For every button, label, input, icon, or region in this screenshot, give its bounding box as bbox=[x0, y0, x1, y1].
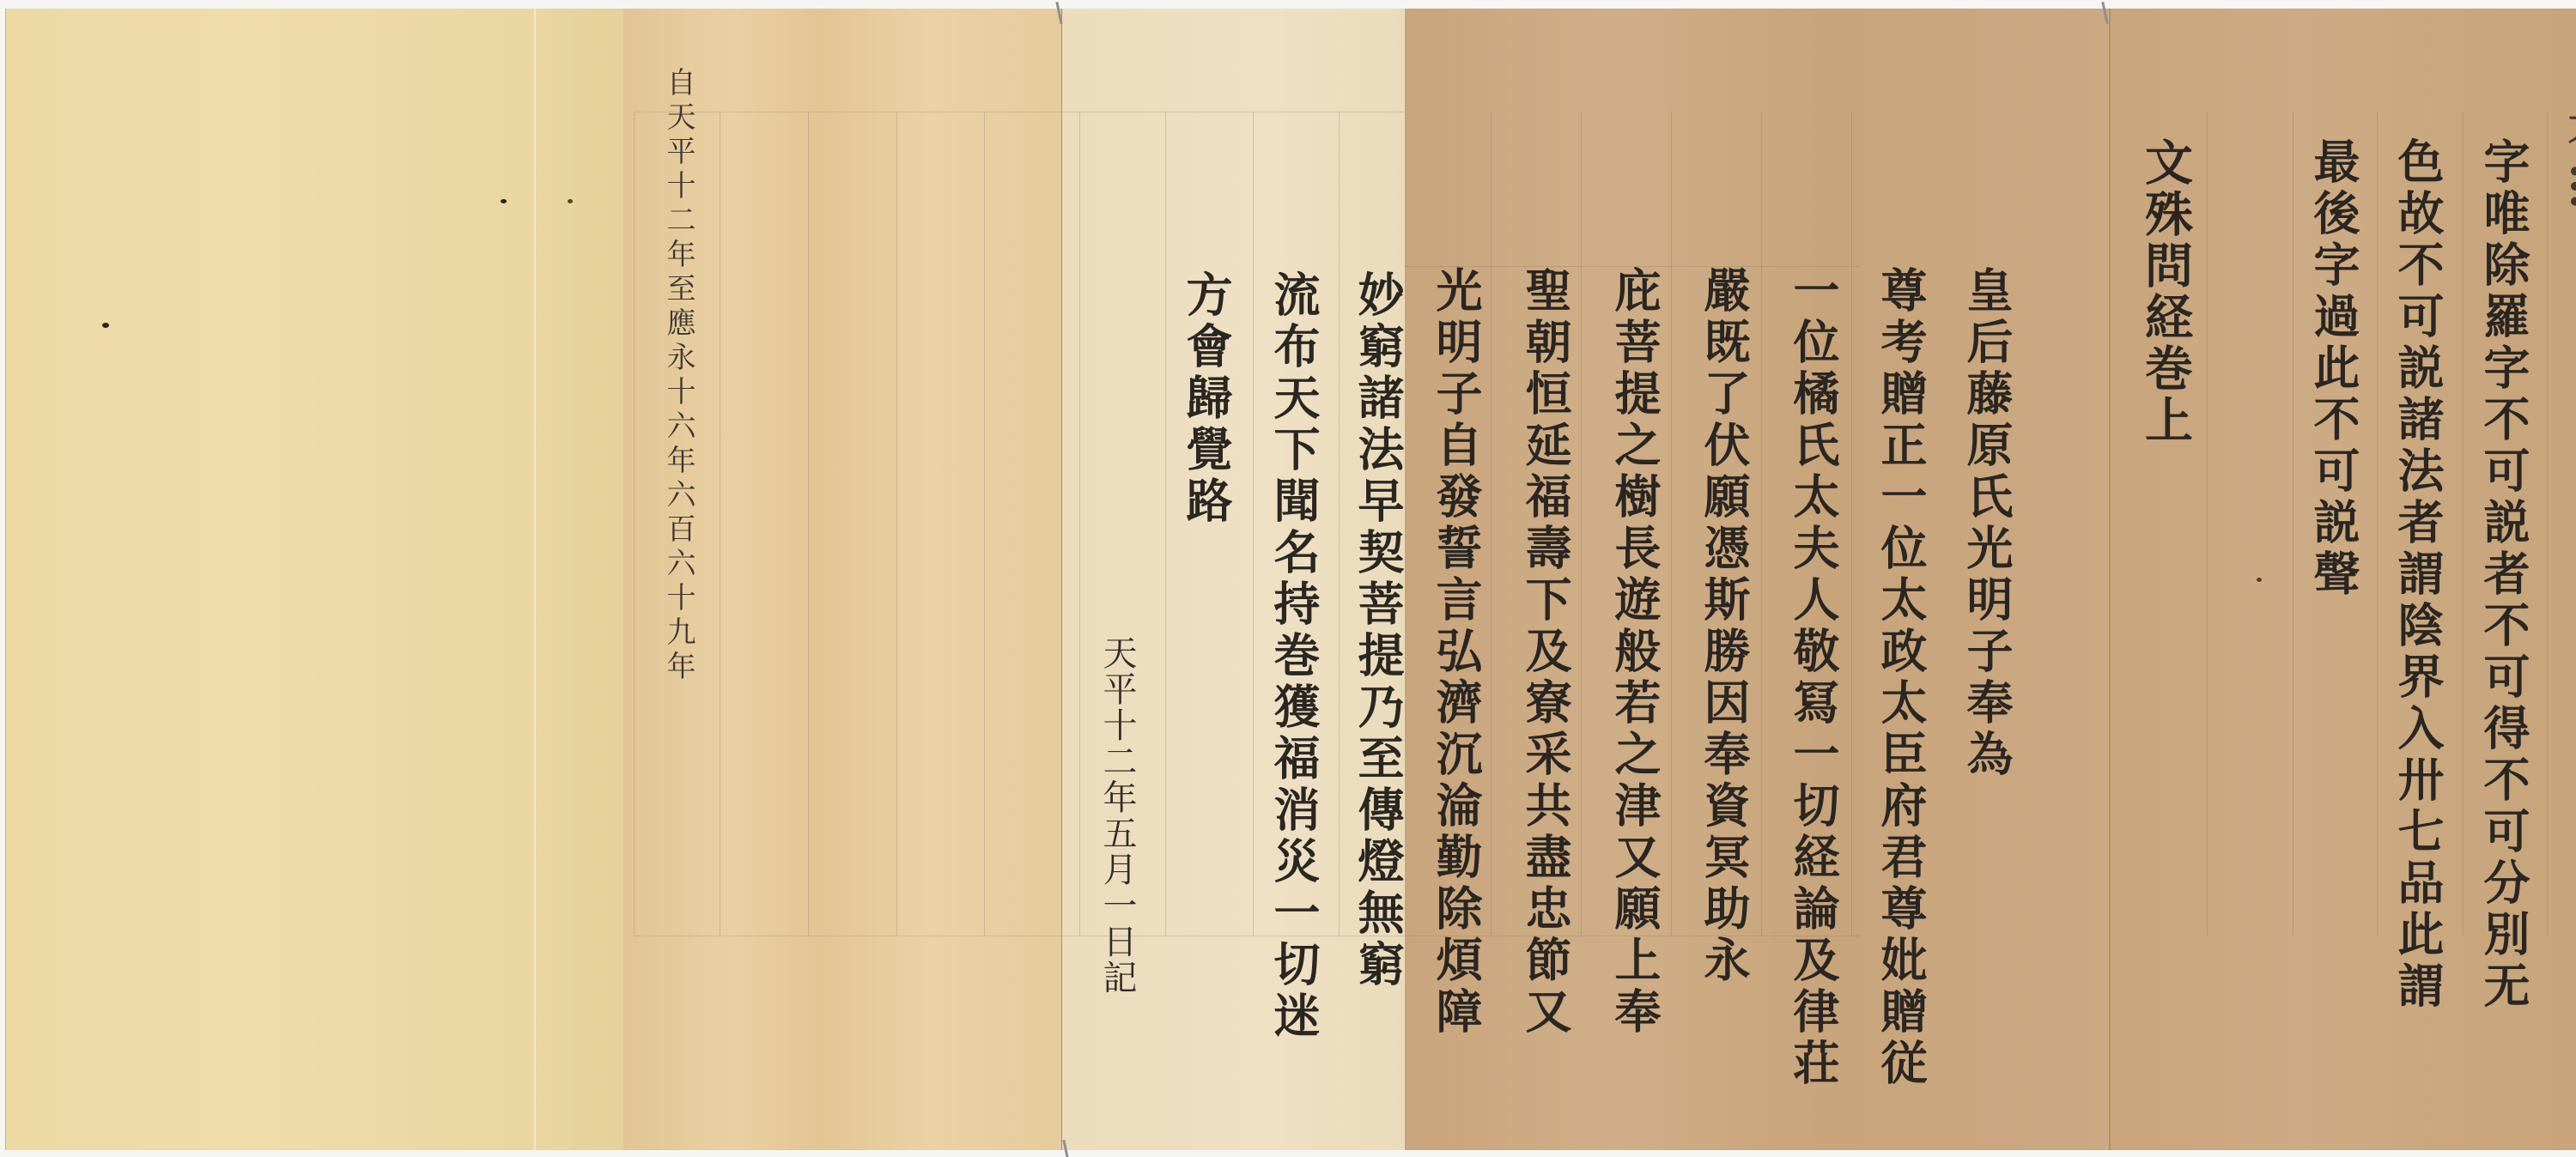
paper-spot bbox=[568, 199, 573, 203]
ruled-line bbox=[2547, 112, 2548, 936]
paper-spot bbox=[102, 323, 109, 328]
ruled-line bbox=[896, 112, 897, 936]
dedication-date: 天平十二年五月一日記 bbox=[1093, 635, 1142, 996]
sutra-column-3: 最後字過此不可説聲 bbox=[2301, 137, 2367, 601]
dedication-column-4: 嚴既了伏願憑斯勝因奉資冥助永 bbox=[1692, 266, 1758, 987]
ruled-line bbox=[1339, 112, 1340, 936]
ruled-line bbox=[808, 112, 809, 936]
ruled-line bbox=[634, 936, 1061, 936]
dedication-sheet-light: 天平十二年五月一日記 方會歸覺路 流布天下聞名持巻獲福消災一切迷 妙窮諸法早契菩… bbox=[1061, 9, 1406, 1150]
dedication-column-6: 聖朝恒延福壽下及寮采共盡忠節又 bbox=[1513, 266, 1579, 1039]
sutra-sheet: 文殊問経巻上 最後字過此不可説聲 色故不可説諸法者謂陰界入卅七品此謂 字唯除羅字… bbox=[2109, 9, 2576, 1150]
paper-spot bbox=[2257, 578, 2262, 582]
ruled-line bbox=[1062, 112, 1406, 112]
handscroll: 自天平十二年至應永十六年六百六十九年 天平十二年五月一日記 方會歸覺路 流布天下… bbox=[5, 9, 2576, 1150]
ruled-line bbox=[634, 112, 635, 936]
ruled-line bbox=[1491, 112, 1492, 936]
ruled-line bbox=[1253, 112, 1254, 936]
dedication-column-8: 妙窮諸法早契菩提乃至傳燈無窮 bbox=[1346, 270, 1412, 991]
ruled-line bbox=[2293, 112, 2293, 936]
ruled-line bbox=[1165, 112, 1166, 936]
dedication-column-7: 光明子自發誓言弘濟沉淪勤除煩障 bbox=[1424, 266, 1490, 1039]
ruled-line bbox=[2463, 112, 2464, 936]
colophon-sheet: 自天平十二年至應永十六年六百六十九年 bbox=[623, 9, 1061, 1150]
sutra-column-2: 色故不可説諸法者謂陰界入卅七品此謂 bbox=[2385, 137, 2451, 1013]
ruled-line bbox=[984, 112, 985, 936]
ruled-line bbox=[1079, 112, 1080, 936]
ruled-line bbox=[1761, 112, 1762, 936]
dedication-column-1: 皇后藤原氏光明子奉為 bbox=[1954, 266, 2020, 781]
ruled-line bbox=[2207, 112, 2208, 936]
dedication-column-5: 庇菩提之樹長遊般若之津又願上奉 bbox=[1602, 266, 1668, 1039]
blank-cover-paper bbox=[5, 9, 624, 1150]
paper-seam bbox=[534, 9, 536, 1150]
ruled-line bbox=[1581, 112, 1582, 936]
sutra-edge-column: 不… bbox=[2555, 112, 2576, 215]
later-note-column: 自天平十二年至應永十六年六百六十九年 bbox=[658, 67, 700, 685]
ruled-line bbox=[2377, 112, 2378, 936]
dedication-column-9: 流布天下聞名持巻獲福消災一切迷 bbox=[1261, 270, 1327, 1043]
dedication-sheet-dark: 光明子自發誓言弘濟沉淪勤除煩障 聖朝恒延福壽下及寮采共盡忠節又 庇菩提之樹長遊般… bbox=[1405, 9, 2109, 1150]
paper-spot bbox=[501, 199, 507, 203]
dedication-column-2: 尊考贈正一位太政太臣府君尊妣贈従 bbox=[1868, 266, 1935, 1090]
dedication-column-10: 方會歸覺路 bbox=[1174, 270, 1240, 528]
dedication-column-3: 一位橘氏太夫人敬冩一切経論及律荘 bbox=[1781, 266, 1847, 1090]
ruled-line bbox=[720, 112, 720, 936]
ruled-line bbox=[1671, 112, 1672, 936]
sutra-title: 文殊問経巻上 bbox=[2131, 137, 2200, 446]
ruled-line bbox=[1851, 112, 1852, 936]
sutra-column-1: 字唯除羅字不可説者不可得不可分別无 bbox=[2471, 137, 2537, 1013]
